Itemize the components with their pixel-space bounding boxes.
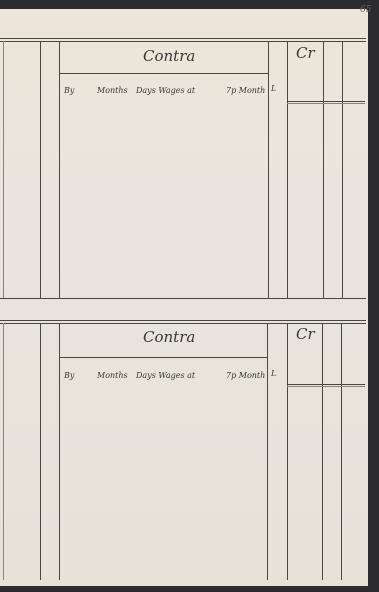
row-rate: 7p Month: [226, 86, 265, 95]
date-column-line: [40, 41, 41, 298]
row-currency: L: [271, 84, 276, 93]
row-by: By: [64, 371, 74, 380]
shillings-column-line: [323, 41, 324, 298]
credit-label: Cr: [296, 44, 315, 62]
row-currency: L: [271, 369, 276, 378]
amount-rule: [287, 384, 365, 385]
credit-label: Cr: [296, 325, 315, 343]
row-by: By: [64, 86, 74, 95]
top-rule: [0, 320, 366, 321]
row-months: Months: [97, 86, 128, 95]
description-left-line: [59, 41, 60, 298]
amount-rule: [287, 101, 365, 102]
section-header: Contra: [143, 47, 195, 65]
page-number: 65: [360, 5, 371, 15]
row-days-wages: Days Wages at: [136, 371, 195, 380]
row-days-wages: Days Wages at: [136, 86, 195, 95]
row-rate: 7p Month: [226, 371, 265, 380]
pence-column-line: [341, 323, 342, 580]
description-left-line: [59, 323, 60, 580]
folio-column-line: [287, 323, 288, 580]
description-right-line: [268, 41, 269, 298]
section-header: Contra: [143, 328, 195, 346]
header-underline: [59, 357, 267, 358]
row-months: Months: [97, 371, 128, 380]
description-right-line: [267, 323, 268, 580]
amount-rule-second: [287, 103, 365, 104]
section-separator: [0, 298, 366, 299]
top-rule: [0, 38, 366, 39]
date-column-line: [40, 323, 41, 580]
top-rule-second: [0, 41, 366, 42]
header-underline: [59, 73, 268, 74]
folio-column-line: [287, 41, 288, 298]
top-rule-second: [0, 323, 366, 324]
shillings-column-line: [322, 323, 323, 580]
amount-rule-second: [287, 386, 365, 387]
margin-line: [3, 323, 4, 580]
pence-column-line: [342, 41, 343, 298]
margin-line: [3, 41, 4, 298]
